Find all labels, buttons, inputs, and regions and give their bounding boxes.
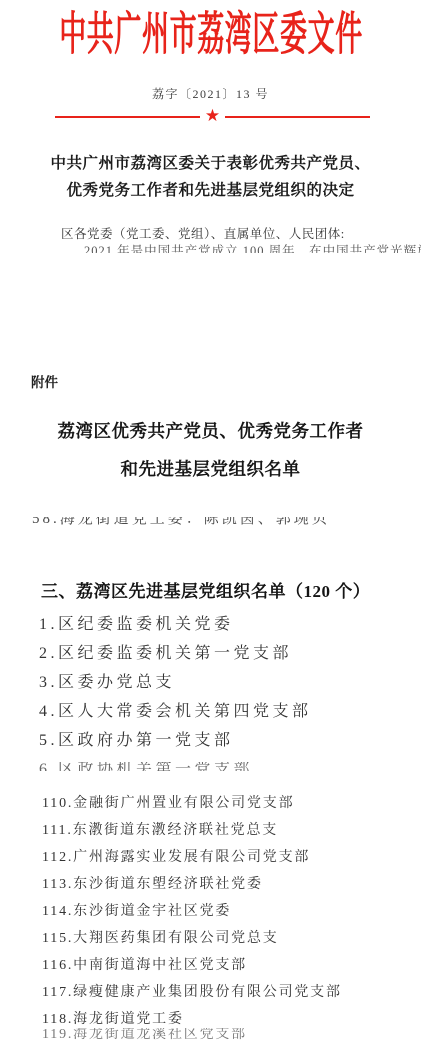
org-list-item: 111.东漖街道东漖经济联社党总支 bbox=[42, 817, 421, 844]
clipped-org-list-item-6: 6.区政协机关第一党支部 bbox=[39, 762, 421, 771]
document-title-line2: 优秀党务工作者和先进基层党组织的决定 bbox=[0, 177, 421, 204]
attachment-title-line2: 和先进基层党组织名单 bbox=[0, 450, 421, 488]
clipped-org-list-item-119-text: 119.海龙街道龙溪社区党支部 bbox=[42, 1028, 421, 1041]
document-number: 荔字〔2021〕13 号 bbox=[0, 85, 421, 102]
org-list-item: 116.中南街道海中社区党支部 bbox=[42, 952, 421, 979]
clipped-awardees-line: 58.海龙街道党工委：陈凯茵、郭琬贝 bbox=[32, 517, 421, 534]
document-title-line1: 中共广州市荔湾区委关于表彰优秀共产党员、 bbox=[0, 150, 421, 177]
issuing-authority-title: 中共广州市荔湾区委文件 bbox=[59, 12, 363, 58]
red-divider: ★ bbox=[55, 108, 370, 126]
attachment-title-line1: 荔湾区优秀共产党员、优秀党务工作者 bbox=[0, 412, 421, 450]
document-title: 中共广州市荔湾区委关于表彰优秀共产党员、 优秀党务工作者和先进基层党组织的决定 bbox=[0, 150, 421, 204]
org-list-item: 112.广州海露实业发展有限公司党支部 bbox=[42, 844, 421, 871]
star-icon: ★ bbox=[205, 108, 220, 125]
attachment-label: 附件 bbox=[31, 371, 58, 391]
clipped-body-line-text: 2021 年是中国共产党成立 100 周年，在中国共产党光辉旗帜 bbox=[0, 244, 421, 253]
scanned-document-page: 中共广州市荔湾区委文件 荔字〔2021〕13 号 ★ 中共广州市荔湾区委关于表彰… bbox=[0, 0, 421, 1041]
org-list-item: 117.绿瘦健康产业集团股份有限公司党支部 bbox=[42, 979, 421, 1006]
red-header-banner: 中共广州市荔湾区委文件 bbox=[0, 12, 421, 68]
org-list-top: 1.区纪委监委机关党委 2.区纪委监委机关第一党支部 3.区委办党总支 4.区人… bbox=[39, 610, 421, 755]
org-list-item: 3.区委办党总支 bbox=[39, 668, 421, 697]
section-heading-advanced-orgs: 三、荔湾区先进基层党组织名单（120 个） bbox=[41, 577, 370, 602]
divider-line-right bbox=[225, 116, 370, 119]
org-list-item: 113.东沙街道东塱经济联社党委 bbox=[42, 871, 421, 898]
org-list-item: 110.金融街广州置业有限公司党支部 bbox=[42, 790, 421, 817]
attachment-title: 荔湾区优秀共产党员、优秀党务工作者 和先进基层党组织名单 bbox=[0, 412, 421, 488]
org-list-item: 115.大翔医药集团有限公司党总支 bbox=[42, 925, 421, 952]
org-list-item: 1.区纪委监委机关党委 bbox=[39, 610, 421, 639]
org-list-item: 5.区政府办第一党支部 bbox=[39, 726, 421, 755]
org-list-bottom: 110.金融街广州置业有限公司党支部 111.东漖街道东漖经济联社党总支 112… bbox=[42, 790, 421, 1033]
clipped-awardees-line-text: 58.海龙街道党工委：陈凯茵、郭琬贝 bbox=[32, 517, 421, 527]
org-list-item: 2.区纪委监委机关第一党支部 bbox=[39, 639, 421, 668]
clipped-body-line: 2021 年是中国共产党成立 100 周年，在中国共产党光辉旗帜 bbox=[0, 244, 421, 253]
clipped-org-list-item-119: 119.海龙街道龙溪社区党支部 bbox=[42, 1028, 421, 1041]
org-list-item: 114.东沙街道金宇社区党委 bbox=[42, 898, 421, 925]
salutation-line: 区各党委（党工委、党组）、直属单位、人民团体: bbox=[61, 224, 411, 242]
org-list-item: 4.区人大常委会机关第四党支部 bbox=[39, 697, 421, 726]
divider-line-left bbox=[55, 116, 200, 119]
clipped-org-list-item-6-text: 6.区政协机关第一党支部 bbox=[39, 762, 421, 771]
